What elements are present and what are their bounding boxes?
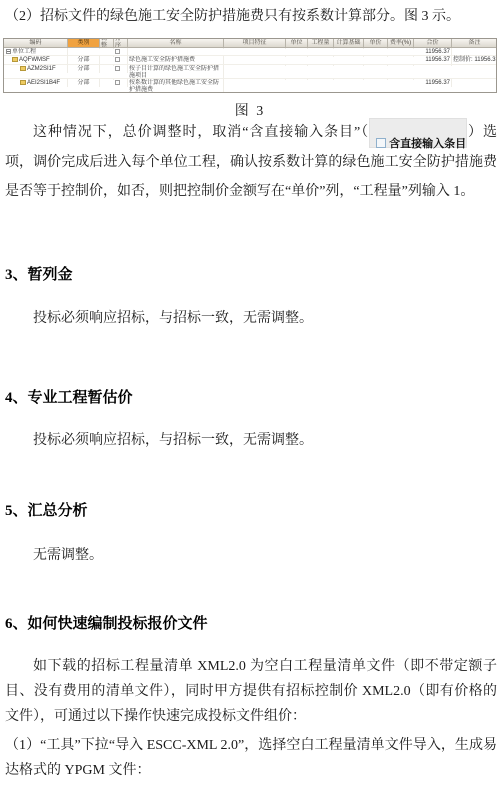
column-header-adjust: 调整	[100, 39, 114, 47]
row-category: 分部	[68, 56, 100, 64]
folder-icon	[20, 66, 26, 71]
row-remark: 控制价: 11956.37	[452, 56, 497, 64]
row-code: AEI2SI1B4F	[27, 80, 60, 86]
section-3-body: 投标必须响应招标，与招标一致，无需调整。	[5, 307, 497, 327]
row-total	[414, 65, 452, 66]
row-name	[128, 48, 224, 49]
section-6-step1: （1）“工具”下拉“导入 ESCC-XML 2.0”，选择空白工程量清单文件导入…	[5, 733, 497, 783]
column-header-sort: 排序	[114, 39, 128, 47]
column-header-unit: 单位	[286, 39, 308, 47]
row-checkbox-icon	[115, 80, 120, 85]
include-direct-entry-checkbox-image: 含直接输入条目	[369, 118, 467, 148]
tree-collapse-icon	[6, 49, 11, 54]
column-header-code: 编码	[4, 39, 68, 47]
checkbox-label: 含直接输入条目	[389, 138, 466, 150]
row-checkbox-icon	[115, 57, 120, 62]
adjustment-paragraph: 这种情况下，总价调整时，取消“含直接输入条目”（含直接输入条目）选项，调价完成后…	[5, 118, 497, 206]
row-name: 按子目计算的绿色施工安全防护措施项目	[128, 65, 224, 80]
row-total: 11956.37	[414, 48, 452, 56]
section-4-heading: 4、专业工程暂估价	[5, 386, 485, 407]
figure-caption: 图 3	[0, 100, 500, 120]
folder-icon	[20, 80, 26, 85]
column-header-quantity: 工程量	[308, 39, 334, 47]
row-code: AQFWMSF	[19, 57, 50, 63]
column-header-category: 类别	[68, 39, 100, 47]
row-checkbox-icon	[115, 66, 120, 71]
table-row: AZM2SI1F 分部 按子目计算的绿色施工安全防护措施项目	[4, 65, 497, 79]
row-remark	[452, 65, 497, 66]
table-row: AEI2SI1B4F 分部 按系数计算的其他绿色施工安全防护措施费 11956.…	[4, 79, 497, 93]
checkbox-icon	[376, 138, 386, 148]
row-category	[68, 48, 100, 49]
section-5-heading: 5、汇总分析	[5, 499, 485, 520]
figure3-screenshot-table: 编码 类别 调整 排序 名称 项目特征 单位 工程量 计算基础 单价 费率(%)…	[3, 38, 497, 93]
row-code: 单位工程	[12, 49, 36, 55]
row-checkbox-icon	[115, 49, 120, 54]
row-name: 绿色施工安全防护措施费	[128, 56, 224, 64]
row-total: 11956.37	[414, 79, 452, 87]
folder-icon	[12, 57, 18, 62]
table-row: 单位工程 11956.37	[4, 48, 497, 56]
section-5-body: 无需调整。	[5, 544, 497, 564]
column-header-rate: 费率(%)	[388, 39, 414, 47]
column-header-unit-price: 单价	[364, 39, 388, 47]
row-category: 分部	[68, 65, 100, 73]
table-row: AQFWMSF 分部 绿色施工安全防护措施费 11956.37 控制价: 119…	[4, 56, 497, 65]
section-6-body: 如下载的招标工程量清单 XML2.0 为空白工程量清单文件（即不带定额子目、没有…	[5, 654, 497, 729]
section-3-heading: 3、暂列金	[5, 263, 485, 284]
row-total: 11956.37	[414, 56, 452, 64]
table-header-row: 编码 类别 调整 排序 名称 项目特征 单位 工程量 计算基础 单价 费率(%)…	[4, 39, 497, 48]
document-page: （2）招标文件的绿色施工安全防护措施费只有按系数计算部分。图 3 示。 编码 类…	[0, 0, 500, 791]
row-remark	[452, 79, 497, 80]
row-category: 分部	[68, 79, 100, 87]
paragraph-text-before: 这种情况下，总价调整时，取消“含直接输入条目”（	[33, 125, 369, 140]
section-4-body: 投标必须响应招标，与招标一致，无需调整。	[5, 429, 497, 449]
row-remark	[452, 48, 497, 49]
row-name: 按系数计算的其他绿色施工安全防护措施费	[128, 79, 224, 93]
section-6-heading: 6、如何快速编制投标报价文件	[5, 612, 485, 633]
column-header-feature: 项目特征	[224, 39, 286, 47]
column-header-remark: 备注	[452, 39, 497, 47]
intro-paragraph: （2）招标文件的绿色施工安全防护措施费只有按系数计算部分。图 3 示。	[5, 6, 497, 28]
column-header-name: 名称	[128, 39, 224, 47]
column-header-total: 合价	[414, 39, 452, 47]
column-header-calc-base: 计算基础	[334, 39, 364, 47]
row-code: AZM2SI1F	[27, 66, 56, 72]
